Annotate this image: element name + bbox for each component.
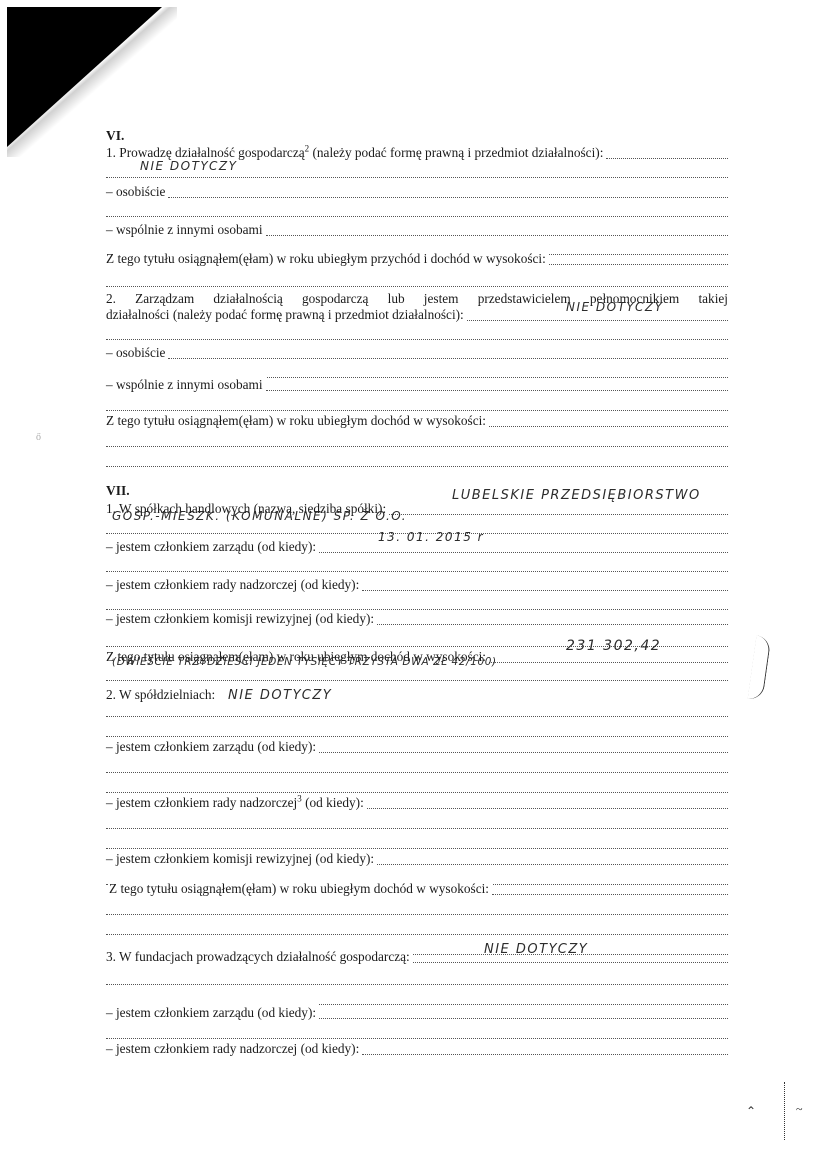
section-vii-heading: VII.: [106, 483, 130, 499]
initials-mark-stroke: [784, 1082, 787, 1140]
vii-q3-label-row[interactable]: 3. W fundacjach prowadzących działalność…: [106, 948, 728, 966]
vii-q2-komisja-row[interactable]: – jestem członkiem komisji rewizyjnej (o…: [106, 850, 728, 868]
vii-q3-handwritten-answer: NIE DOTYCZY: [484, 942, 588, 957]
blank-line[interactable]: [106, 325, 728, 343]
vii-q2-rada-row[interactable]: – jestem członkiem rady nadzorczej3 (od …: [106, 794, 728, 812]
blank-line[interactable]: [106, 970, 728, 988]
blank-line[interactable]: [106, 814, 728, 832]
blank-line[interactable]: [106, 666, 728, 684]
vi-q1-income-row[interactable]: Z tego tytułu osiągnąłem(ęłam) w roku ub…: [106, 250, 728, 268]
vii-q2-handwritten-answer: NIE DOTYCZY: [228, 688, 332, 703]
blank-line[interactable]: [106, 758, 728, 776]
vii-q1-income-value: 231 302,42: [566, 638, 661, 654]
vi-q1-osobiscie-row[interactable]: – osobiście: [106, 183, 728, 201]
initials-mark-left: ⌃: [746, 1104, 756, 1119]
vi-q2-wspolnie-row[interactable]: – wspólnie z innymi osobami: [106, 376, 728, 394]
vi-q1-handwritten-answer: NIE DOTYCZY: [140, 159, 237, 173]
blank-line[interactable]: [106, 900, 728, 918]
vii-q1-zarzad-value: 13. 01. 2015 r: [378, 530, 484, 544]
vi-q2-income-row[interactable]: Z tego tytułu osiągnąłem(ęłam) w roku ub…: [106, 412, 728, 430]
vii-q3-rada-row[interactable]: – jestem członkiem rady nadzorczej (od k…: [106, 1040, 728, 1058]
scan-noise: [7, 7, 177, 157]
blank-line[interactable]: [106, 920, 728, 938]
vii-q1-income-in-words: (DWIEŚCIE TRZYDZIEŚCI JEDEN TYSIĘCY TRZY…: [112, 656, 497, 668]
blank-line[interactable]: [106, 452, 728, 470]
fill-line: [606, 146, 728, 159]
vii-q2-zarzad-row[interactable]: – jestem członkiem zarządu (od kiedy):: [106, 738, 728, 756]
blank-line[interactable]: [106, 202, 728, 220]
vii-q3-zarzad-row[interactable]: – jestem członkiem zarządu (od kiedy):: [106, 1004, 728, 1022]
vii-q1-company-line2: GOSP.-MIESZK. (KOMUNALNE) SP. Z O.O.: [112, 509, 407, 523]
scan-speck: ő: [36, 432, 41, 443]
initials-mark-right: ~: [796, 1102, 803, 1117]
vii-q1-company-line1: LUBELSKIE PRZEDSIĘBIORSTWO: [452, 488, 701, 503]
blank-line[interactable]: [106, 272, 728, 290]
blank-line[interactable]: [106, 557, 728, 575]
vi-q2-osobiscie-row[interactable]: – osobiście: [106, 344, 728, 362]
scanned-form-page: ő VI. 1. Prowadzę działalność gospodarcz…: [0, 0, 830, 1173]
section-vi-heading: VI.: [106, 128, 124, 144]
vi-q1-label: 1. Prowadzę działalność gospodarczą: [106, 145, 305, 160]
vii-q2-income-row[interactable]: Z tego tytułu osiągnąłem(ęłam) w roku ub…: [106, 880, 728, 898]
handwritten-bracket: [748, 635, 772, 700]
vii-q1-komisja-row[interactable]: – jestem członkiem komisji rewizyjnej (o…: [106, 610, 728, 628]
vi-q2-handwritten-answer: NIE DOTYCZY: [566, 300, 663, 314]
blank-line[interactable]: [106, 432, 728, 450]
vi-q1-wspolnie-row[interactable]: – wspólnie z innymi osobami: [106, 221, 728, 239]
blank-line[interactable]: [106, 702, 728, 720]
vii-q1-rada-row[interactable]: – jestem członkiem rady nadzorczej (od k…: [106, 576, 728, 594]
